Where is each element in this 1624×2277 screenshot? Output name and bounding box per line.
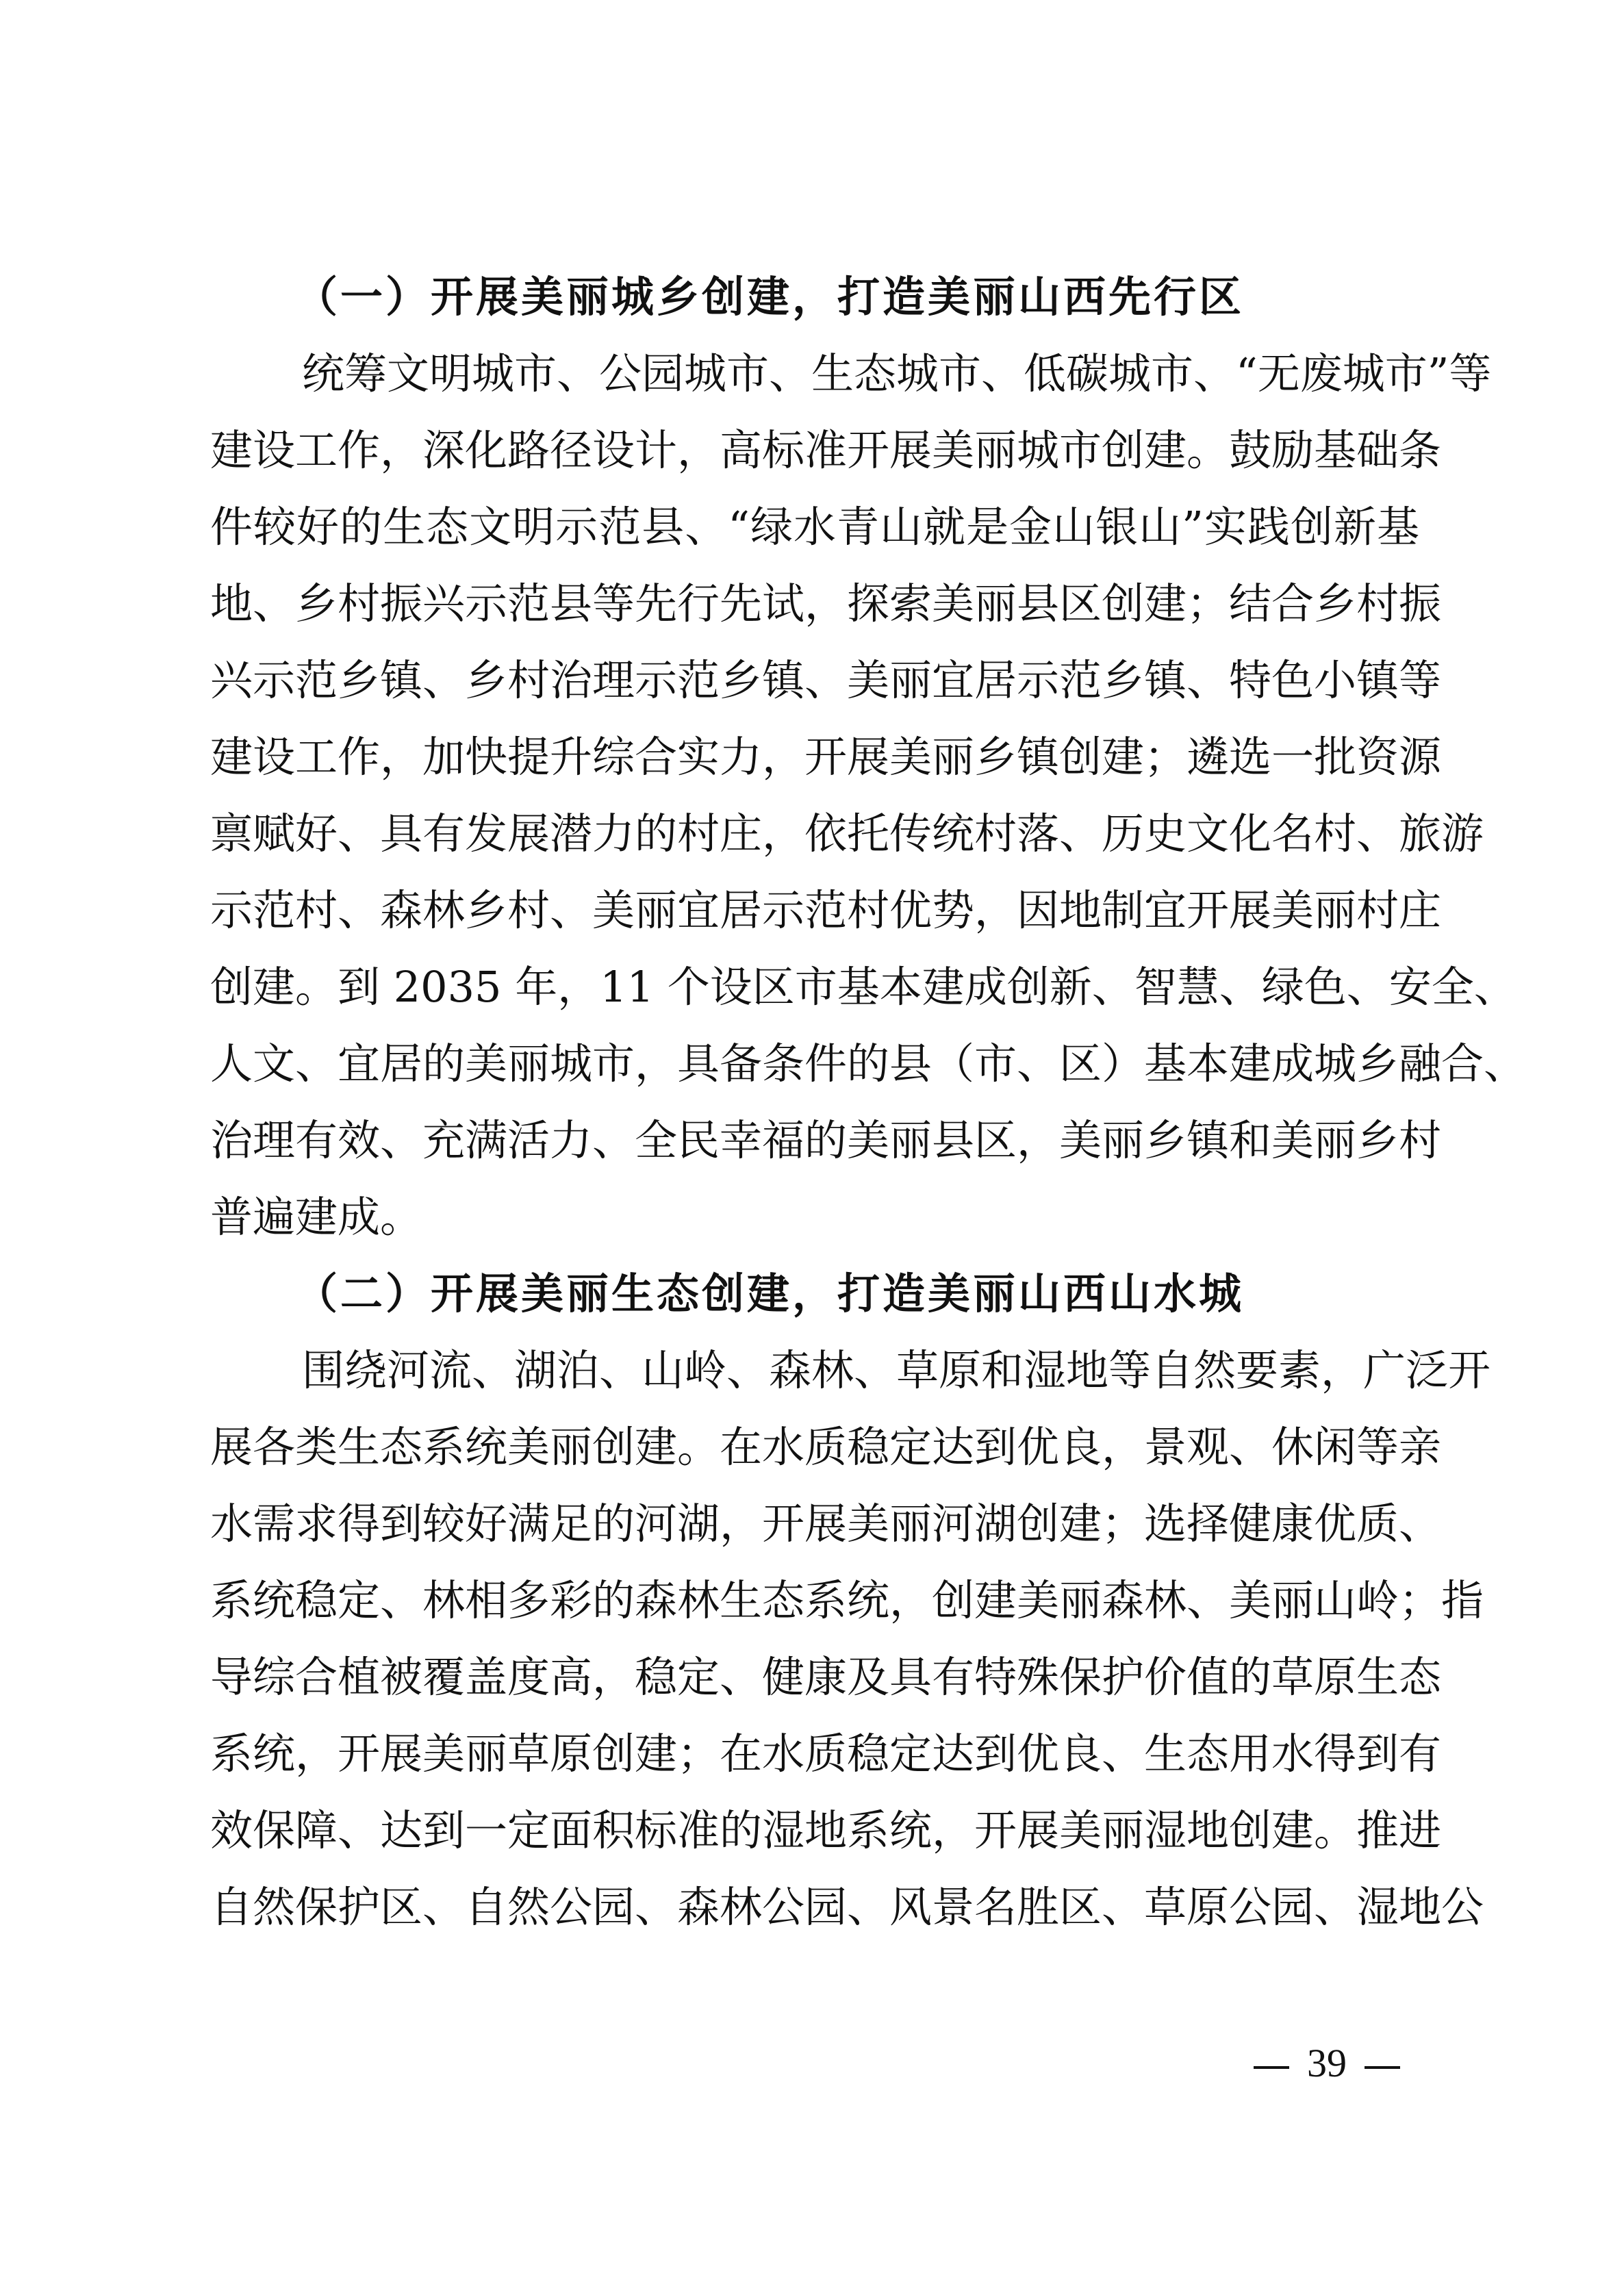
paragraph-line: 系统，开展美丽草原创建；在水质稳定达到优良、生态用水得到有	[210, 1716, 1419, 1792]
paragraph-line: 导综合植被覆盖度高，稳定、健康及具有特殊保护价值的草原生态	[210, 1639, 1419, 1716]
document-page: （一）开展美丽城乡创建，打造美丽山西先行区 统筹文明城市、公园城市、生态城市、低…	[210, 259, 1419, 1946]
paragraph-line: 建设工作，深化路径设计，高标准开展美丽城市创建。鼓励基础条	[210, 412, 1419, 489]
paragraph-line: 效保障、达到一定面积标准的湿地系统，开展美丽湿地创建。推进	[210, 1792, 1419, 1869]
paragraph-line: 展各类生态系统美丽创建。在水质稳定达到优良，景观、休闲等亲	[210, 1409, 1419, 1486]
page-number-value: 39	[1307, 2041, 1347, 2085]
paragraph-line: 兴示范乡镇、乡村治理示范乡镇、美丽宜居示范乡镇、特色小镇等	[210, 642, 1419, 719]
paragraph-line: 治理有效、充满活力、全民幸福的美丽县区，美丽乡镇和美丽乡村	[210, 1102, 1419, 1179]
section-1-heading: （一）开展美丽城乡创建，打造美丽山西先行区	[210, 259, 1419, 335]
paragraph-line: 系统稳定、林相多彩的森林生态系统，创建美丽森林、美丽山岭；指	[210, 1562, 1419, 1639]
paragraph-line: 普遍建成。	[210, 1179, 1419, 1256]
paragraph-line: 禀赋好、具有发展潜力的村庄，依托传统村落、历史文化名村、旅游	[210, 796, 1419, 872]
paragraph-line: 围绕河流、湖泊、山岭、森林、草原和湿地等自然要素，广泛开	[210, 1332, 1419, 1409]
paragraph-line: 件较好的生态文明示范县、“绿水青山就是金山银山”实践创新基	[210, 489, 1419, 565]
dash-left	[1254, 2066, 1289, 2069]
dash-right	[1365, 2066, 1400, 2069]
paragraph-line: 示范村、森林乡村、美丽宜居示范村优势，因地制宜开展美丽村庄	[210, 872, 1419, 949]
paragraph-line: 人文、宜居的美丽城市，具备条件的县（市、区）基本建成城乡融合、	[210, 1026, 1419, 1102]
paragraph-line: 创建。到 2035 年，11 个设区市基本建成创新、智慧、绿色、安全、	[210, 949, 1419, 1026]
paragraph-line: 水需求得到较好满足的河湖，开展美丽河湖创建；选择健康优质、	[210, 1486, 1419, 1562]
section-2-heading: （二）开展美丽生态创建，打造美丽山西山水城	[210, 1256, 1419, 1332]
paragraph-line: 地、乡村振兴示范县等先行先试，探索美丽县区创建；结合乡村振	[210, 565, 1419, 642]
page-number: 39	[1236, 2040, 1418, 2086]
paragraph-line: 统筹文明城市、公园城市、生态城市、低碳城市、“无废城市”等	[210, 335, 1419, 412]
paragraph-line: 建设工作，加快提升综合实力，开展美丽乡镇创建；遴选一批资源	[210, 719, 1419, 796]
paragraph-line: 自然保护区、自然公园、森林公园、风景名胜区、草原公园、湿地公	[210, 1869, 1419, 1946]
